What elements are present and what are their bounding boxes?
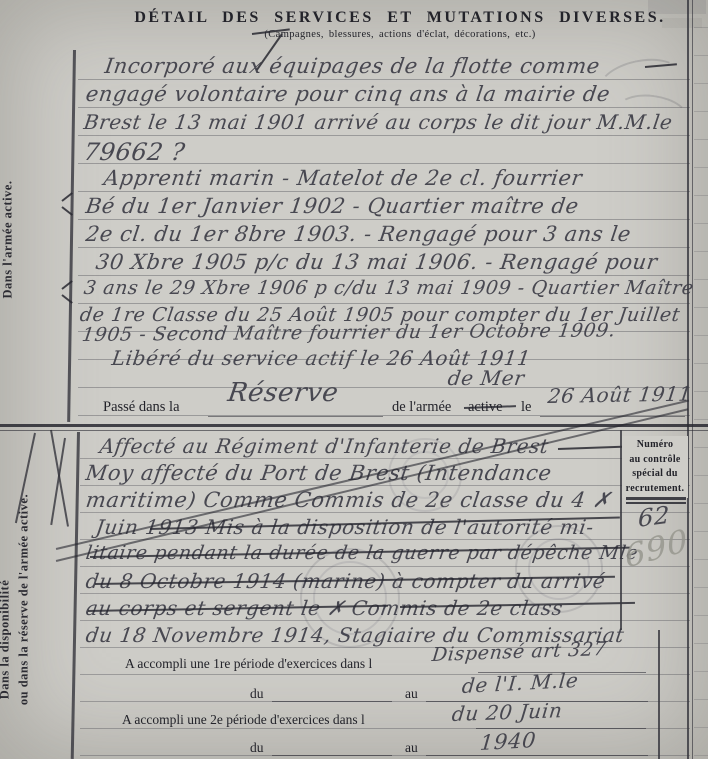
page-subtitle: (Campagnes, blessures, actions d'éclat, … [100, 29, 700, 40]
passe-le: le [521, 399, 531, 416]
exercise-p2-range-handwritten: 1940 [479, 728, 537, 755]
control-box: Numéro au contrôle spécial du recrutemen… [622, 436, 688, 498]
exercise-p1-handwritten: Dispensé art 327 [431, 638, 608, 666]
control-box-underline-1 [626, 497, 686, 500]
control-box-label-line-2: au contrôle [622, 453, 688, 468]
passe-reserve-handwritten: Réserve [226, 378, 341, 408]
margin-label-reserve: ou dans la réserve de l'armée active. [17, 480, 32, 720]
du-label-1: du [250, 686, 264, 702]
hw-line-upper-5: Apprenti marin - Matelot de 2e cl. fourr… [102, 166, 584, 190]
form-line [272, 701, 392, 702]
ruled-lines-right-edge [694, 0, 708, 759]
exercise-p2-handwritten: du 20 Juin [451, 698, 564, 726]
hw-line-upper-11: 1905 - Second Maître fourrier du 1er Oct… [81, 319, 617, 346]
hw-line-upper-7: 2e cl. du 1er 8bre 1903. - Rengagé pour … [84, 222, 632, 246]
passe-dotted-line-1 [208, 416, 383, 417]
form-line [426, 755, 648, 756]
service-record-document: DÉTAIL DES SERVICES ET MUTATIONS DIVERSE… [0, 0, 708, 759]
postal-stamp-icon [300, 548, 400, 648]
hw-line-upper-4: 79662 ? [82, 138, 187, 166]
exercise-p1-range-handwritten: de l'I. M.le [461, 668, 580, 698]
left-margin-rule-upper [67, 50, 75, 422]
passe-prefix: Passé dans la [103, 399, 180, 416]
form-line [272, 755, 392, 756]
control-box-label-line-3: spécial du [622, 467, 688, 482]
hw-line-upper-9: 3 ans le 29 Xbre 1906 p c/du 13 mai 1909… [82, 277, 695, 299]
du-label-2: du [250, 740, 264, 756]
hw-line-upper-2: engagé volontaire pour cinq ans à la mai… [84, 82, 612, 106]
hw-line-lower-1: Affecté au Régiment d'Infanterie de Bres… [98, 434, 550, 458]
hw-line-lower-3: maritime) Comme Commis de 2e classe du 4… [84, 488, 612, 512]
hw-line-upper-8: 30 Xbre 1905 p/c du 13 mai 1906. - Renga… [94, 250, 659, 274]
au-label-2: au [405, 740, 418, 756]
control-box-label-line-4: recrutement. [622, 482, 688, 497]
postal-stamp-icon [388, 438, 462, 512]
passe-middle: de l'armée [392, 399, 451, 416]
section-divider-top [0, 424, 708, 427]
hw-line-upper-6: Bé du 1er Janvier 1902 - Quartier maître… [84, 194, 580, 218]
au-label-1: au [405, 686, 418, 702]
margin-label-disponibilite: Dans la disponibilité [0, 565, 13, 715]
page-title: DÉTAIL DES SERVICES ET MUTATIONS DIVERSE… [100, 9, 700, 27]
form-column-border [658, 630, 660, 759]
corner-smudge [648, 0, 706, 14]
control-number-pencil: 690 [622, 521, 690, 575]
control-box-label-line-1: Numéro [622, 438, 688, 453]
corner-smudge [662, 18, 702, 28]
exercise-p2-label: A accompli une 2e période d'exercices da… [122, 712, 365, 728]
postal-stamp-icon [515, 525, 603, 613]
form-line [476, 728, 646, 729]
left-margin-rule-lower [71, 432, 80, 759]
passe-de-mer-handwritten: de Mer [446, 366, 526, 390]
right-border-outer [687, 0, 689, 759]
right-border-inner [692, 0, 693, 759]
exercise-p1-label: A accompli une 1re période d'exercices d… [125, 656, 372, 672]
hw-line-upper-3: Brest le 13 mai 1901 arrivé au corps le … [82, 110, 674, 134]
hw-line-lower-2: Moy affecté du Port de Brest (Intendance [84, 461, 553, 485]
margin-label-armee-active: Dans l'armée active. [1, 170, 16, 310]
hw-line-upper-1: Incorporé aux équipages de la flotte com… [103, 54, 601, 78]
